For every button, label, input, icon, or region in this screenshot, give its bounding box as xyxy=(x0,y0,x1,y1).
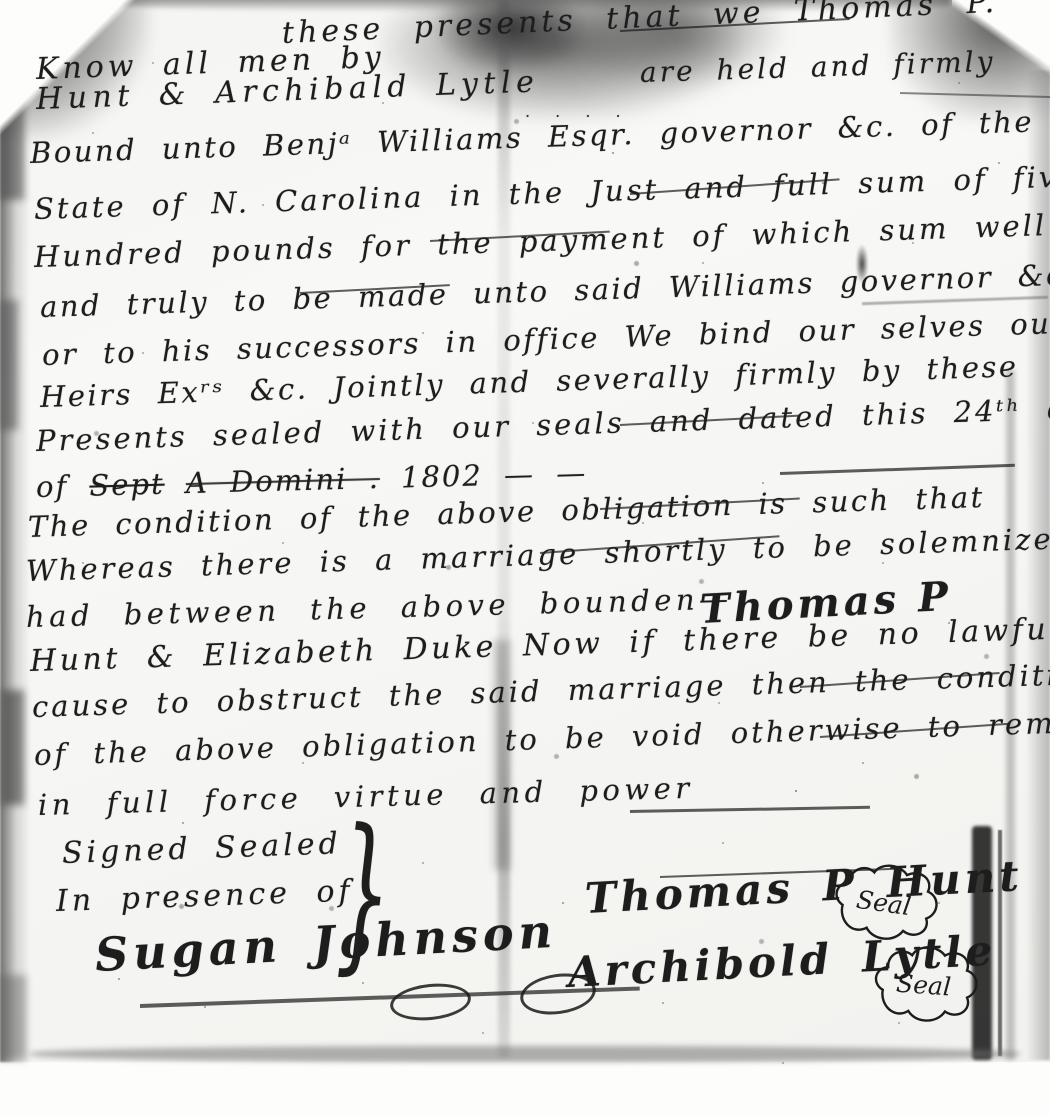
document-scan: these presents that we Thomas P. Know al… xyxy=(0,0,1050,1116)
date-year: 1802 — — xyxy=(379,456,587,495)
struck-era: A Domini . xyxy=(185,461,380,500)
struck-month: Sept xyxy=(89,467,165,503)
date-prefix: of xyxy=(36,469,90,504)
paper-specks-large xyxy=(0,0,3,3)
